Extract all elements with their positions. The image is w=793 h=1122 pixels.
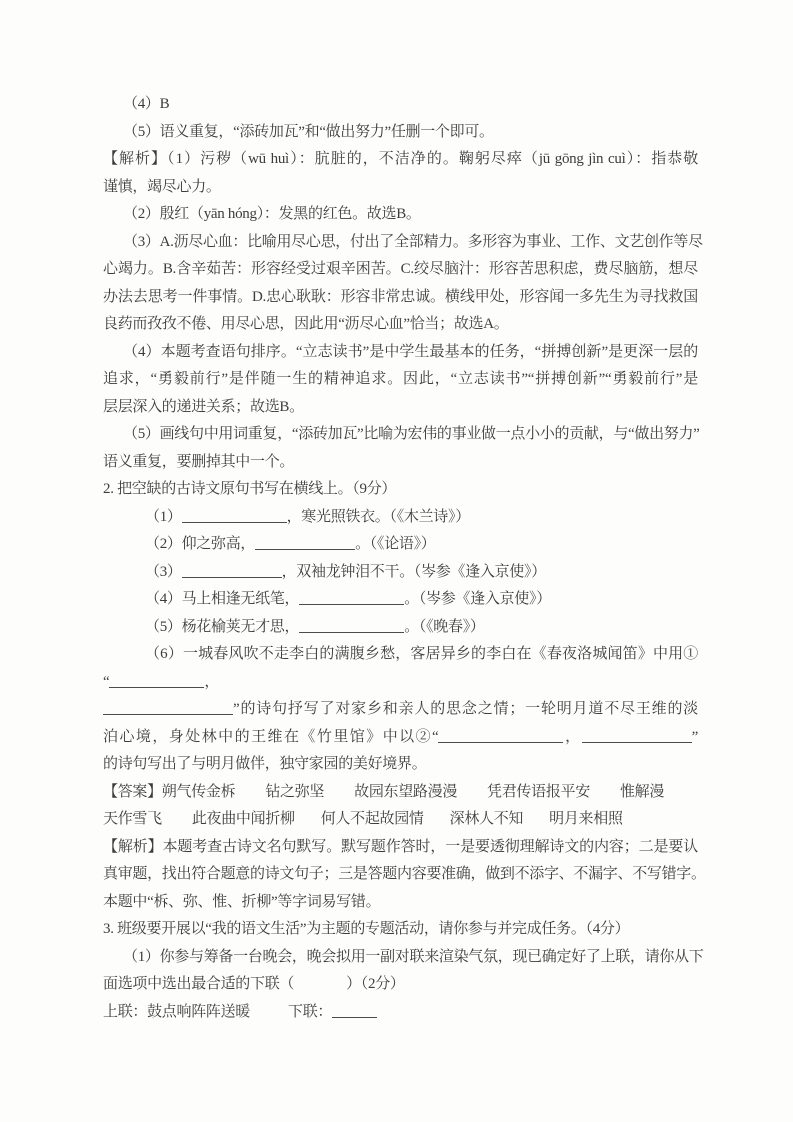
q1-analysis-3-line2: 心竭力。B.含辛茹苦：形容经受过艰辛困苦。C.绞尽脑汁：形容苦思积虑，费尽脑筋，… (103, 256, 698, 284)
text-run: 钻之弥坚 (265, 784, 324, 800)
text-run: 天作雪飞 (103, 811, 162, 827)
text-run: 的诗句写出了与明月做伴，独守家园的美好境界。 (103, 756, 426, 772)
text-run: 面选项中选出最合适的下联（ (103, 976, 294, 992)
text-run: 谨慎，竭尽心力。 (103, 179, 221, 195)
spacer (294, 987, 346, 988)
text-run: （6）一城春风吹不走李白的满腹乡愁，客居异乡的李白在《春夜洛城闻笛》中用① (145, 646, 698, 662)
q2-item-2: （2）仰之弥高，。（《论语》） (103, 531, 698, 559)
text-run: 凭君传语报平安 (487, 784, 590, 800)
spacer (324, 795, 354, 796)
text-run: ， (204, 674, 219, 690)
question-2-title: 2. 把空缺的古诗文原句书写在横线上。（9分） (103, 476, 698, 504)
answer-blank-underline (332, 1004, 377, 1018)
spacer (235, 795, 265, 796)
q2-item-6-line1: （6）一城春风吹不走李白的满腹乡愁，客居异乡的李白在《春夜洛城闻笛》中用① (103, 641, 698, 669)
spacer (250, 1015, 288, 1016)
q1-answer-5: （5）语义重复，“添砖加瓦”和“做出努力”任删一个即可。 (103, 119, 698, 147)
text-run: 上联：鼓点响阵阵送暖 (103, 1004, 250, 1020)
spacer (590, 795, 620, 796)
text-run: 心竭力。B.含辛茹苦：形容经受过艰辛困苦。C.绞尽脑汁：形容苦思积虑，费尽脑筋，… (103, 261, 698, 277)
q2-item-6-line4: 泊心境，身处林中的王维在《竹里馆》中以②“，” (103, 724, 698, 752)
q1-analysis-3-line3: 办法去思考一件事情。D.忠心耿耿：形容非常忠诚。横线甲处，形容闻一多先生为寻找救… (103, 284, 698, 312)
text-run: ，寒光照铁衣。（《木兰诗》） (287, 509, 470, 525)
q1-analysis-5-line1: （5）画线句中用词重复，“添砖加瓦”比喻为宏伟的事业做一点小小的贡献，与“做出努… (103, 421, 698, 449)
text-run: 深林人不知 (450, 811, 524, 827)
text-run: 办法去思考一件事情。D.忠心耿耿：形容非常忠诚。横线甲处，形容闻一多先生为寻找救… (103, 289, 698, 305)
text-run: （4）马上相逢无纸笔， (145, 591, 299, 607)
text-run: 3. 班级要开展以“我的语文生活”为主题的专题活动，请你参与并完成任务。（4分） (103, 921, 629, 937)
question-3-title: 3. 班级要开展以“我的语文生活”为主题的专题活动，请你参与并完成任务。（4分） (103, 916, 698, 944)
text-run: （5）杨花榆荚无才思， (145, 619, 299, 635)
text-run: （3） (145, 564, 182, 580)
q1-analysis-1-line1: 【解析】（1）污秽（wū huì）：肮脏的，不洁净的。鞠躬尽瘁（jū gōng … (103, 146, 698, 174)
answer-blank-underline (582, 729, 692, 743)
text-run: ， (563, 729, 581, 745)
spacer (424, 822, 450, 823)
document-body: （4）B（5）语义重复，“添砖加瓦”和“做出努力”任删一个即可。【解析】（1）污… (103, 91, 698, 1026)
text-run: （3）A.沥尽心血：比喻用尽心思，付出了全部精力。多形容为事业、工作、文艺创作等… (123, 234, 703, 250)
q1-analysis-5-line2: 语义重复，要删掉其中一个。 (103, 449, 698, 477)
q2-analysis-line2: 真审题，找出符合题意的诗文句子；三是答题内容要准确，做到不添字、不漏字、不写错字… (103, 861, 698, 889)
text-run: ” (692, 729, 698, 745)
q3-item-1-line1: （1）你参与筹备一台晚会，晚会拟用一副对联来渲染气氛，现已确定好了上联，请你从下 (103, 944, 698, 972)
text-run: （1） (145, 509, 182, 525)
text-run: 此夜曲中闻折柳 (192, 811, 295, 827)
q2-item-4: （4）马上相逢无纸笔，。（岑参《逢入京使》） (103, 586, 698, 614)
text-run: 语义重复，要删掉其中一个。 (103, 454, 294, 470)
q3-item-1-line2: 面选项中选出最合适的下联（）（2分） (103, 971, 698, 999)
q2-answer-line1: 【答案】朔气传金柝钻之弥坚故园东望路漫漫凭君传语报平安惟解漫 (103, 779, 698, 807)
text-run: 。（《论语》） (355, 536, 435, 552)
text-run: 。（《晚春》） (404, 619, 484, 635)
text-run: 故园东望路漫漫 (354, 784, 457, 800)
text-run: 2. 把空缺的古诗文原句书写在横线上。（9分） (103, 481, 396, 497)
text-run: ）（2分） (346, 976, 405, 992)
answer-blank-underline (103, 701, 233, 715)
q2-analysis-line1: 【解析】本题考查古诗文名句默写。默写题作答时，一是要透彻理解诗文的内容；二是要认 (103, 834, 698, 862)
q1-analysis-4-line1: （4）本题考查语句排序。“立志读书”是中学生最基本的任务，“拼搏创新”是更深一层… (103, 339, 698, 367)
q1-analysis-3-line1: （3）A.沥尽心血：比喻用尽心思，付出了全部精力。多形容为事业、工作、文艺创作等… (103, 229, 698, 257)
q2-analysis-line3: 本题中“柝、弥、惟、折柳”等字词易写错。 (103, 889, 698, 917)
text-run: 。（岑参《逢入京使》） (404, 591, 551, 607)
text-run: （5）画线句中用词重复，“添砖加瓦”比喻为宏伟的事业做一点小小的贡献，与“做出努… (123, 426, 700, 442)
q2-item-6-line5: 的诗句写出了与明月做伴，独守家园的美好境界。 (103, 751, 698, 779)
text-run: 【答案】朔气传金柝 (103, 784, 235, 800)
spacer (295, 822, 321, 823)
q1-analysis-4-line3: 层层深入的递进关系；故选B。 (103, 394, 698, 422)
q1-analysis-3-line4: 良药而孜孜不倦、用尽心思，因此用“沥尽心血”恰当；故选A。 (103, 311, 698, 339)
text-run: 【解析】（1）污秽（wū huì）：肮脏的，不洁净的。鞠躬尽瘁（jū gōng … (103, 151, 698, 167)
text-run: 层层深入的递进关系；故选B。 (103, 399, 304, 415)
q2-answer-line2: 天作雪飞此夜曲中闻折柳何人不起故园情深林人不知明月来相照 (103, 806, 698, 834)
text-run: 明月来相照 (549, 811, 623, 827)
text-run: 何人不起故园情 (321, 811, 424, 827)
spacer (162, 822, 192, 823)
text-run: 追求，“勇毅前行”是伴随一生的精神追求。因此，“立志读书”“拼搏创新”“勇毅前行… (103, 371, 698, 387)
answer-blank-underline (299, 619, 404, 633)
text-run: （5）语义重复，“添砖加瓦”和“做出努力”任删一个即可。 (123, 124, 494, 140)
text-run: 本题中“柝、弥、惟、折柳”等字词易写错。 (103, 894, 380, 910)
q2-item-3: （3），双袖龙钟泪不干。（岑参《逢入京使》） (103, 559, 698, 587)
answer-blank-underline (299, 591, 404, 605)
text-run: 良药而孜孜不倦、用尽心思，因此用“沥尽心血”恰当；故选A。 (103, 316, 508, 332)
answer-blank-underline (255, 536, 355, 550)
text-run: （2）仰之弥高， (145, 536, 255, 552)
answer-blank-underline (182, 509, 287, 523)
text-run: （2）殷红（yān hóng）：发黑的红色。故选B。 (123, 206, 421, 222)
text-run: 下联： (288, 1004, 332, 1020)
text-run: 泊心境，身处林中的王维在《竹里馆》中以②“ (103, 729, 438, 745)
text-run: 真审题，找出符合题意的诗文句子；三是答题内容要准确，做到不添字、不漏字、不写错字… (103, 866, 706, 882)
q1-answer-4: （4）B (103, 91, 698, 119)
text-run: （4）B (123, 96, 169, 112)
text-run: ，双袖龙钟泪不干。（岑参《逢入京使》） (282, 564, 546, 580)
text-run: （4）本题考查语句排序。“立志读书”是中学生最基本的任务，“拼搏创新”是更深一层… (123, 344, 698, 360)
q2-item-6-line2: “， (103, 669, 698, 697)
exam-answer-page: （4）B（5）语义重复，“添砖加瓦”和“做出努力”任删一个即可。【解析】（1）污… (0, 0, 793, 1122)
q3-couplet-line: 上联：鼓点响阵阵送暖下联： (103, 999, 698, 1027)
q2-item-6-line3: ”的诗句抒写了对家乡和亲人的思念之情；一轮明月道不尽王维的淡 (103, 696, 698, 724)
answer-blank-underline (109, 674, 204, 688)
q1-analysis-1-line2: 谨慎，竭尽心力。 (103, 174, 698, 202)
q1-analysis-4-line2: 追求，“勇毅前行”是伴随一生的精神追求。因此，“立志读书”“拼搏创新”“勇毅前行… (103, 366, 698, 394)
text-run: （1）你参与筹备一台晚会，晚会拟用一副对联来渲染气氛，现已确定好了上联，请你从下 (123, 949, 704, 965)
q2-item-5: （5）杨花榆荚无才思，。（《晚春》） (103, 614, 698, 642)
q1-analysis-2: （2）殷红（yān hóng）：发黑的红色。故选B。 (103, 201, 698, 229)
spacer (523, 822, 549, 823)
spacer (457, 795, 487, 796)
answer-blank-underline (182, 564, 282, 578)
answer-blank-underline (438, 729, 563, 743)
text-run: ”的诗句抒写了对家乡和亲人的思念之情；一轮明月道不尽王维的淡 (233, 701, 698, 717)
text-run: 【解析】本题考查古诗文名句默写。默写题作答时，一是要透彻理解诗文的内容；二是要认 (103, 839, 698, 855)
q2-item-1: （1），寒光照铁衣。（《木兰诗》） (103, 504, 698, 532)
text-run: 惟解漫 (620, 784, 664, 800)
